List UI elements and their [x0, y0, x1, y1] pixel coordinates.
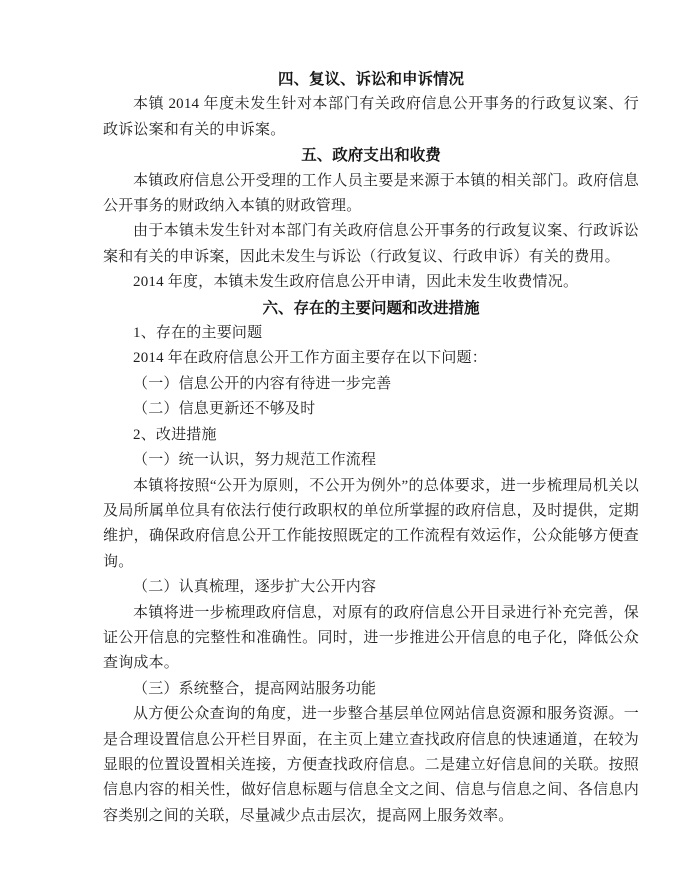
paragraph: 本镇将按照“公开为原则，不公开为例外”的总体要求，进一步梳理局机关以及局所属单位… [103, 474, 639, 576]
paragraph-list-item: （一）统一认识，努力规范工作流程 [103, 448, 639, 473]
paragraph-subheading: 2、改进措施 [103, 423, 639, 448]
paragraph: 本镇政府信息公开受理的工作人员主要是来源于本镇的相关部门。政府信息公开事务的财政… [103, 169, 639, 220]
section-heading-expenditure-fees: 五、政府支出和收费 [103, 143, 639, 168]
paragraph: 由于本镇未发生针对本部门有关政府信息公开事务的行政复议案、行政诉讼案和有关的申诉… [103, 219, 639, 270]
paragraph: 本镇将进一步梳理政府信息，对原有的政府信息公开目录进行补充完善，保证公开信息的完… [103, 601, 639, 677]
paragraph: 从方便公众查询的角度，进一步整合基层单位网站信息资源和服务资源。一是合理设置信息… [103, 702, 639, 829]
paragraph: 2014 年度，本镇未发生政府信息公开申请，因此未发生收费情况。 [103, 270, 639, 295]
paragraph-subheading: 1、存在的主要问题 [103, 321, 639, 346]
paragraph-list-item: （二）认真梳理，逐步扩大公开内容 [103, 575, 639, 600]
paragraph-list-item: （一）信息公开的内容有待进一步完善 [103, 372, 639, 397]
paragraph-list-item: （三）系统整合，提高网站服务功能 [103, 677, 639, 702]
section-heading-review-litigation: 四、复议、诉讼和申诉情况 [103, 67, 639, 92]
section-heading-problems-improvements: 六、存在的主要问题和改进措施 [103, 296, 639, 321]
paragraph: 本镇 2014 年度未发生针对本部门有关政府信息公开事务的行政复议案、行政诉讼案… [103, 92, 639, 143]
document-page: 四、复议、诉讼和申诉情况 本镇 2014 年度未发生针对本部门有关政府信息公开事… [0, 0, 680, 880]
document-content: 四、复议、诉讼和申诉情况 本镇 2014 年度未发生针对本部门有关政府信息公开事… [103, 67, 639, 829]
paragraph: 2014 年在政府信息公开工作方面主要存在以下问题： [103, 346, 639, 371]
paragraph-list-item: （二）信息更新还不够及时 [103, 397, 639, 422]
